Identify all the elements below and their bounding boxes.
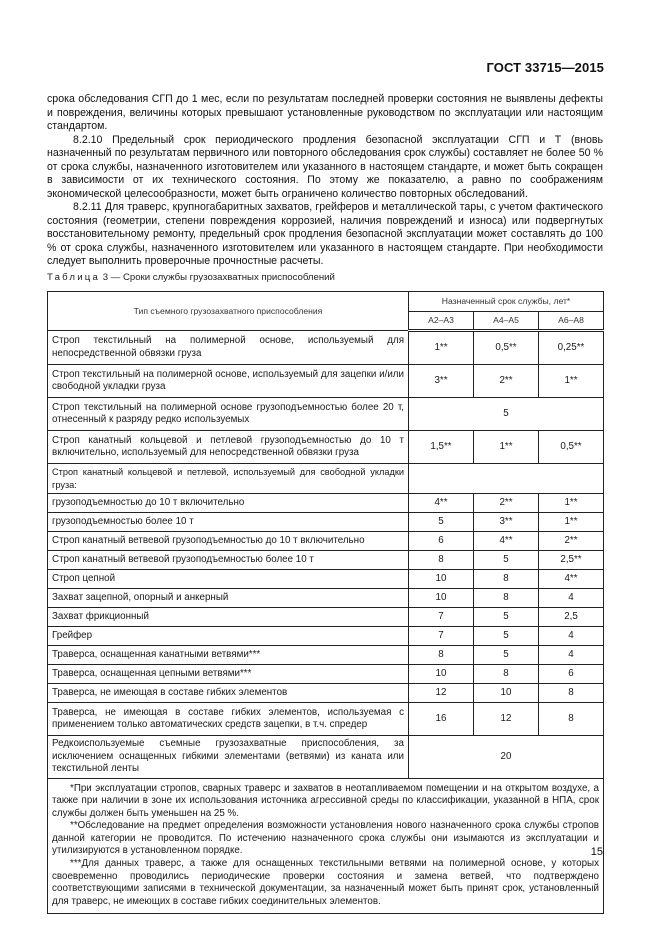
row-merged-value: 5: [409, 398, 604, 431]
value-a2-a3: 7: [409, 608, 474, 627]
value-a2-a3: 6: [409, 532, 474, 551]
value-a6-a8: 2**: [539, 532, 604, 551]
value-a2-a3: 10: [409, 589, 474, 608]
footnote-2: **Обследование на предмет определения во…: [52, 820, 599, 858]
column-header-a2-a3: А2–А3: [409, 312, 474, 331]
value-a4-a5: 0,5**: [474, 331, 539, 365]
value-a6-a8: 1**: [539, 365, 604, 398]
table-row: Строп текстильный на полимерной основе г…: [48, 398, 604, 431]
table-row: Строп текстильный на полимерной основе, …: [48, 331, 604, 365]
table-row: Строп канатный ветвевой грузоподъемность…: [48, 532, 604, 551]
table-row: Траверса, оснащенная канатными ветвями**…: [48, 646, 604, 665]
table-row: Строп канатный ветвевой грузоподъемность…: [48, 551, 604, 570]
row-merged-value: 20: [409, 736, 604, 779]
paragraph-continuation: срока обследования СГП до 1 мес, если по…: [47, 93, 603, 134]
value-a6-a8: 8: [539, 703, 604, 736]
table-caption: Таблица 3 — Сроки службы грузозахватных …: [47, 272, 335, 283]
value-a4-a5: 2**: [474, 365, 539, 398]
row-empty-cell: [409, 464, 604, 494]
service-life-table: Тип съемного грузозахватного приспособле…: [47, 291, 604, 914]
table-row: Захват фрикционный752,5: [48, 608, 604, 627]
value-a6-a8: 4: [539, 627, 604, 646]
value-a2-a3: 3**: [409, 365, 474, 398]
value-a2-a3: 1,5**: [409, 431, 474, 464]
value-a4-a5: 1**: [474, 431, 539, 464]
row-type-name: Редкоиспользуемые съемные грузозахватные…: [48, 736, 409, 779]
row-type-name: Строп канатный кольцевой и петлевой груз…: [48, 431, 409, 464]
table-row: грузоподъемностью более 10 т53**1**: [48, 513, 604, 532]
row-type-name: Строп текстильный на полимерной основе, …: [48, 365, 409, 398]
table-row: Траверса, не имеющая в составе гибких эл…: [48, 703, 604, 736]
table-row: грузоподъемностью до 10 т включительно4*…: [48, 494, 604, 513]
value-a2-a3: 8: [409, 551, 474, 570]
row-type-name: Строп канатный ветвевой грузоподъемность…: [48, 551, 409, 570]
table-row: Грейфер754: [48, 627, 604, 646]
value-a2-a3: 10: [409, 570, 474, 589]
table-row: Редкоиспользуемые съемные грузозахватные…: [48, 736, 604, 779]
table-row: Строп канатный кольцевой и петлевой груз…: [48, 431, 604, 464]
table-body: Строп текстильный на полимерной основе, …: [48, 331, 604, 779]
value-a4-a5: 5: [474, 646, 539, 665]
value-a4-a5: 4**: [474, 532, 539, 551]
table-footnotes: *При эксплуатации стропов, сварных траве…: [48, 778, 604, 914]
page-number: 15: [591, 846, 603, 858]
value-a4-a5: 3**: [474, 513, 539, 532]
table-row: Строп текстильный на полимерной основе, …: [48, 365, 604, 398]
value-a2-a3: 4**: [409, 494, 474, 513]
table-caption-label: Таблица: [47, 272, 100, 283]
row-type-name: Строп текстильный на полимерной основе, …: [48, 331, 409, 365]
row-type-name: Траверса, не имеющая в составе гибких эл…: [48, 703, 409, 736]
value-a6-a8: 4**: [539, 570, 604, 589]
column-header-a6-a8: А6–А8: [539, 312, 604, 331]
footnote-1: *При эксплуатации стропов, сварных траве…: [52, 783, 599, 821]
row-type-name: Траверса, оснащенная канатными ветвями**…: [48, 646, 409, 665]
value-a2-a3: 1**: [409, 331, 474, 365]
value-a2-a3: 12: [409, 684, 474, 703]
value-a4-a5: 8: [474, 589, 539, 608]
row-type-name: Грейфер: [48, 627, 409, 646]
value-a2-a3: 8: [409, 646, 474, 665]
value-a6-a8: 6: [539, 665, 604, 684]
table-caption-number: 3: [103, 272, 108, 283]
value-a6-a8: 0,25**: [539, 331, 604, 365]
value-a4-a5: 8: [474, 665, 539, 684]
value-a4-a5: 8: [474, 570, 539, 589]
row-type-name: Строп цепной: [48, 570, 409, 589]
footnote-3: ***Для данных траверс, а также для оснащ…: [52, 858, 599, 908]
row-type-name: Траверса, не имеющая в составе гибких эл…: [48, 684, 409, 703]
column-header-type: Тип съемного грузозахватного приспособле…: [48, 292, 409, 331]
table-row: Строп канатный кольцевой и петлевой, исп…: [48, 464, 604, 494]
value-a6-a8: 1**: [539, 513, 604, 532]
row-type-name: грузоподъемностью более 10 т: [48, 513, 409, 532]
column-header-service-life: Назначенный срок службы, лет*: [409, 292, 604, 312]
value-a2-a3: 16: [409, 703, 474, 736]
paragraph-8-2-11: 8.2.11 Для траверс, крупногабаритных зах…: [47, 201, 603, 269]
paragraph-8-2-10: 8.2.10 Предельный срок периодического пр…: [47, 134, 603, 202]
value-a6-a8: 2,5: [539, 608, 604, 627]
value-a4-a5: 5: [474, 627, 539, 646]
value-a4-a5: 5: [474, 608, 539, 627]
row-type-name: Захват зацепной, опорный и анкерный: [48, 589, 409, 608]
value-a4-a5: 2**: [474, 494, 539, 513]
value-a2-a3: 10: [409, 665, 474, 684]
body-text: срока обследования СГП до 1 мес, если по…: [47, 93, 603, 269]
value-a6-a8: 4: [539, 646, 604, 665]
value-a4-a5: 12: [474, 703, 539, 736]
row-type-name: Захват фрикционный: [48, 608, 409, 627]
value-a4-a5: 5: [474, 551, 539, 570]
value-a6-a8: 2,5**: [539, 551, 604, 570]
value-a4-a5: 10: [474, 684, 539, 703]
value-a6-a8: 1**: [539, 494, 604, 513]
column-header-a4-a5: А4–А5: [474, 312, 539, 331]
value-a2-a3: 7: [409, 627, 474, 646]
value-a6-a8: 4: [539, 589, 604, 608]
table-row: Захват зацепной, опорный и анкерный1084: [48, 589, 604, 608]
table-row: Траверса, не имеющая в составе гибких эл…: [48, 684, 604, 703]
table-row: Траверса, оснащенная цепными ветвями***1…: [48, 665, 604, 684]
value-a6-a8: 8: [539, 684, 604, 703]
row-type-name: Строп канатный ветвевой грузоподъемность…: [48, 532, 409, 551]
row-type-name: Строп текстильный на полимерной основе г…: [48, 398, 409, 431]
row-type-name: грузоподъемностью до 10 т включительно: [48, 494, 409, 513]
value-a2-a3: 5: [409, 513, 474, 532]
table-caption-title: — Сроки службы грузозахватных приспособл…: [111, 272, 335, 283]
value-a6-a8: 0,5**: [539, 431, 604, 464]
document-code: ГОСТ 33715—2015: [487, 60, 605, 75]
table-row: Строп цепной1084**: [48, 570, 604, 589]
row-type-name: Строп канатный кольцевой и петлевой, исп…: [48, 464, 409, 494]
row-type-name: Траверса, оснащенная цепными ветвями***: [48, 665, 409, 684]
